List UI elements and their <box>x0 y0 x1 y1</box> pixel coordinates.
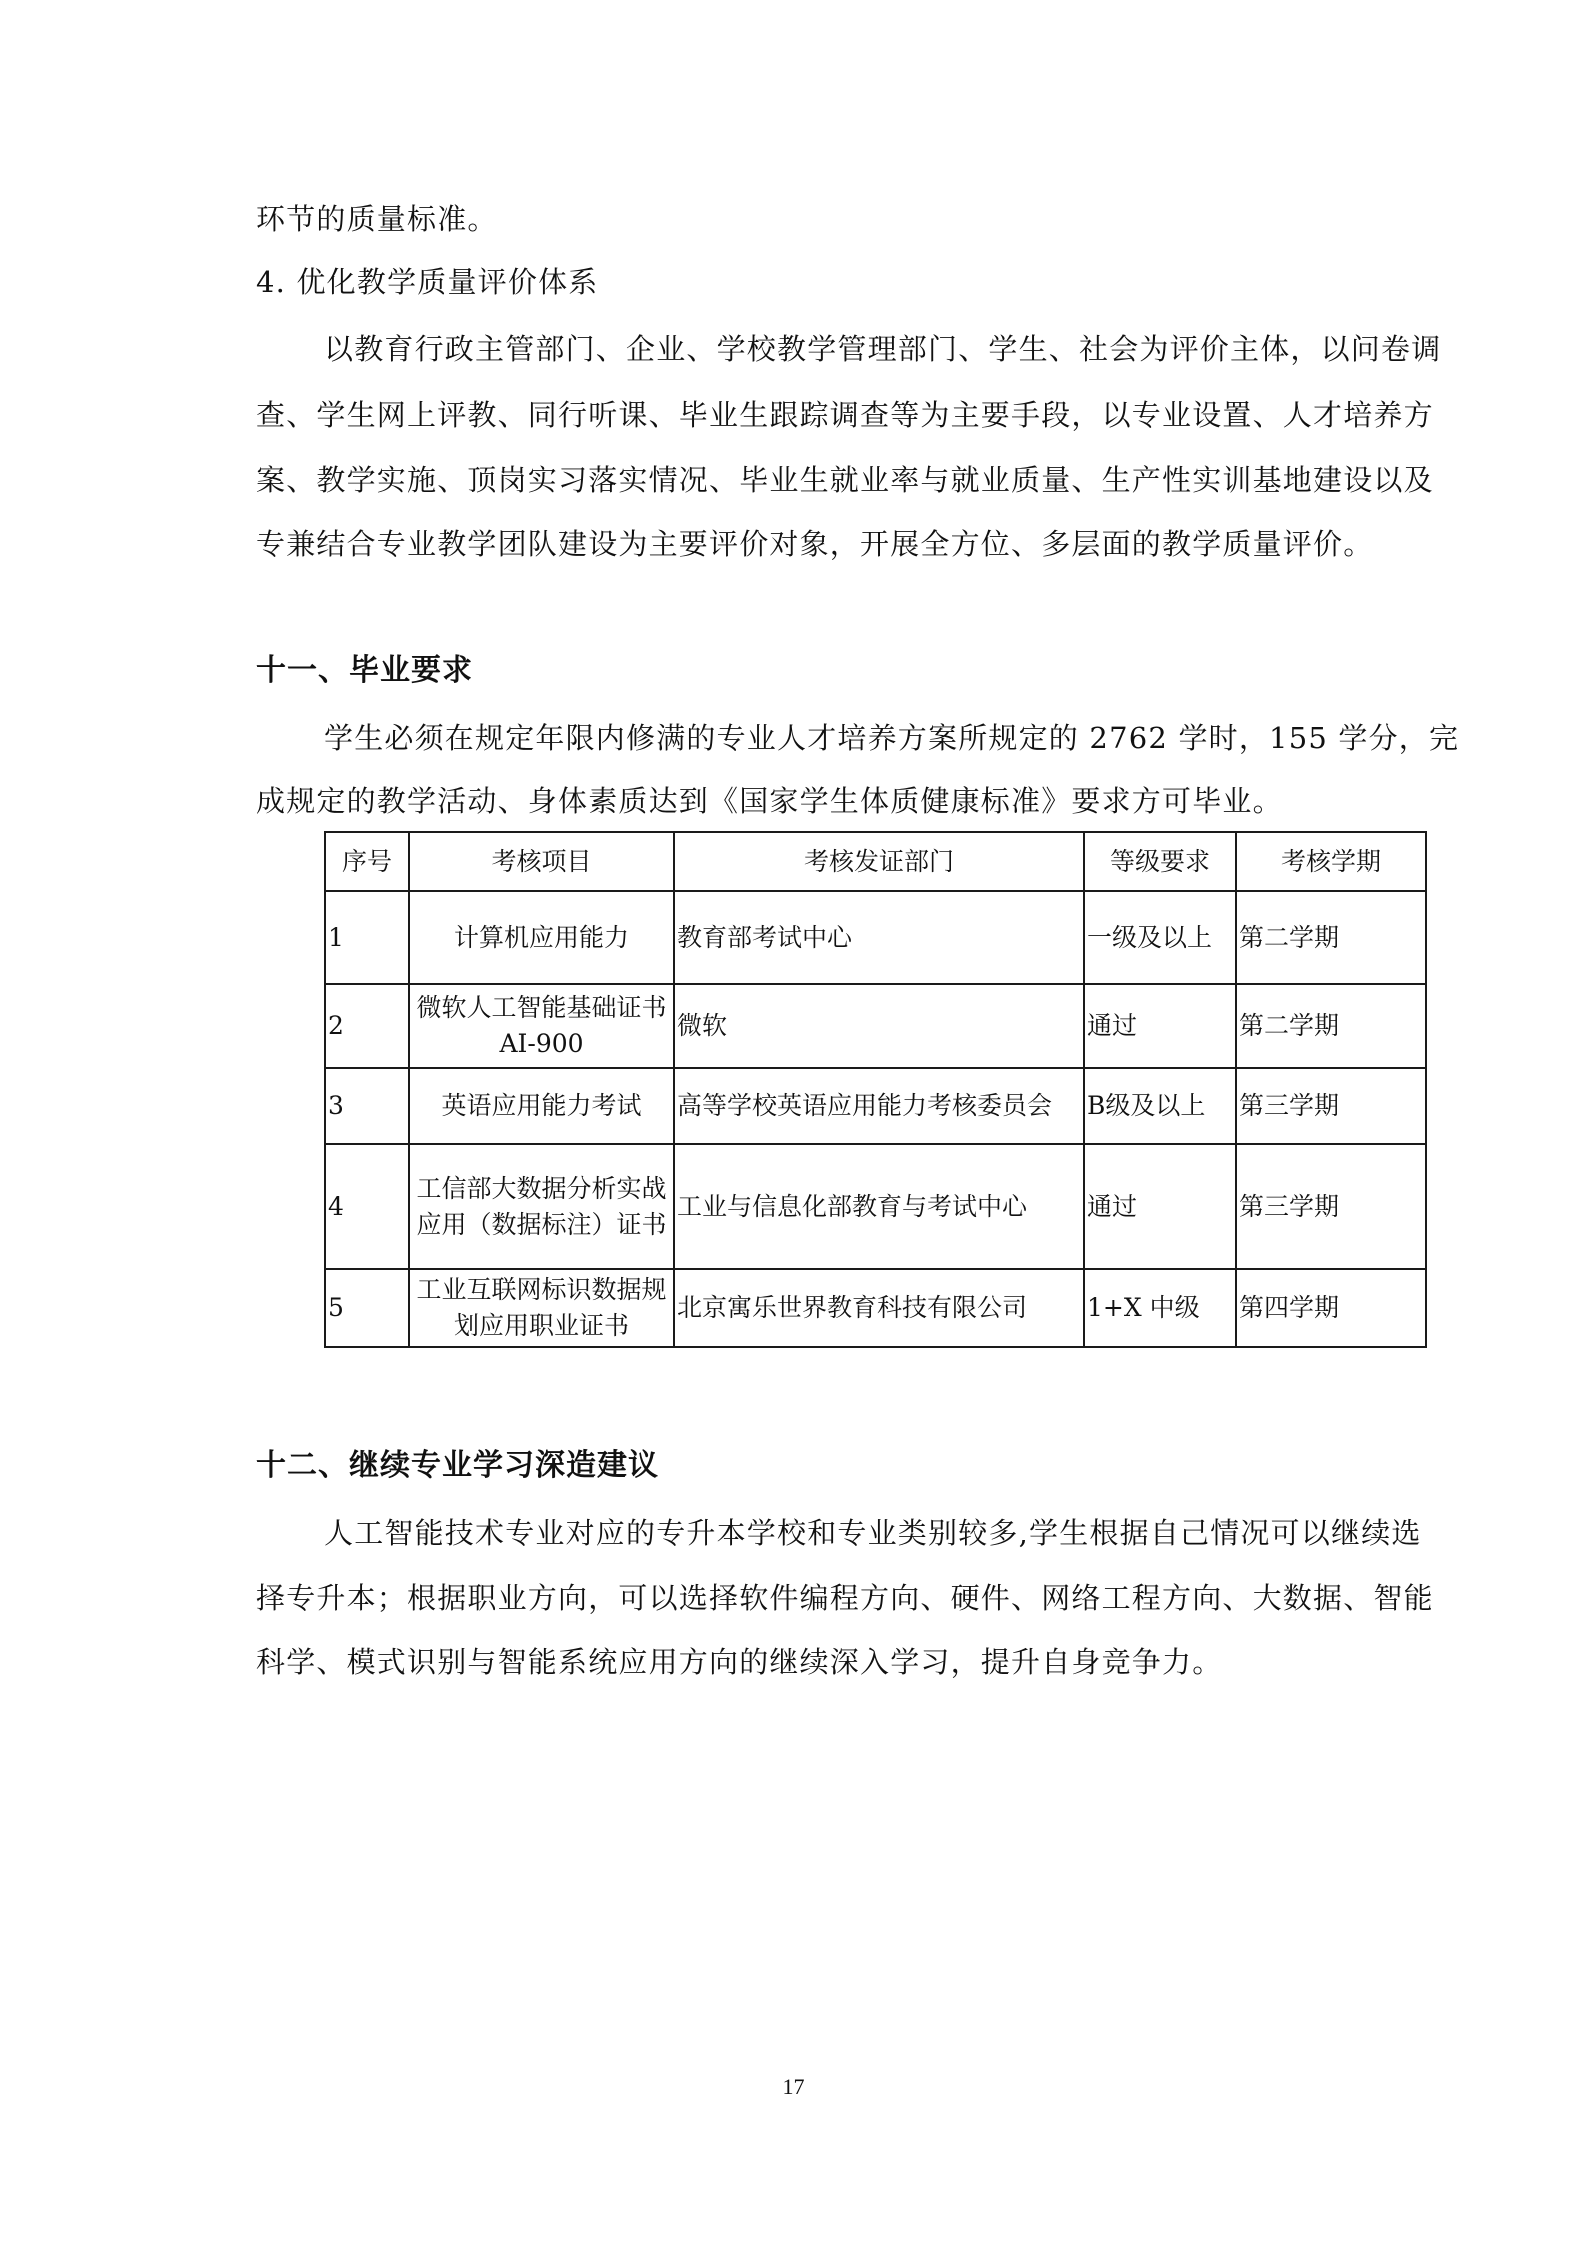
cell-dept: 微软 <box>674 984 1084 1068</box>
cell-term: 第二学期 <box>1236 891 1426 984</box>
cell-term: 第三学期 <box>1236 1144 1426 1269</box>
table-row: 2 微软人工智能基础证书AI-900 微软 通过 第二学期 <box>325 984 1426 1068</box>
table-row: 3 英语应用能力考试 高等学校英语应用能力考核委员会 B级及以上 第三学期 <box>325 1068 1426 1144</box>
paragraph-line: 以教育行政主管部门、企业、学校教学管理部门、学生、社会为评价主体，以问卷调 <box>256 329 1542 369</box>
cell-no: 1 <box>325 891 409 984</box>
continuation-text: 环节的质量标准。 <box>256 199 498 239</box>
paragraph-line: 学生必须在规定年限内修满的专业人才培养方案所规定的 2762 学时，155 学分… <box>256 718 1542 758</box>
cell-no: 2 <box>325 984 409 1068</box>
cell-level: 通过 <box>1084 1144 1236 1269</box>
cell-item: 英语应用能力考试 <box>409 1068 674 1144</box>
cell-term: 第二学期 <box>1236 984 1426 1068</box>
cell-term: 第三学期 <box>1236 1068 1426 1144</box>
header-no: 序号 <box>325 832 409 891</box>
paragraph-line: 专兼结合专业教学团队建设为主要评价对象，开展全方位、多层面的教学质量评价。 <box>256 524 1474 564</box>
cell-item: 微软人工智能基础证书AI-900 <box>409 984 674 1068</box>
header-dept: 考核发证部门 <box>674 832 1084 891</box>
subsection-4-title: 4. 优化教学质量评价体系 <box>256 262 599 302</box>
cell-item: 计算机应用能力 <box>409 891 674 984</box>
cell-dept: 教育部考试中心 <box>674 891 1084 984</box>
paragraph-line: 查、学生网上评教、同行听课、毕业生跟踪调查等为主要手段，以专业设置、人才培养方 <box>256 395 1474 435</box>
cell-level: 1+X 中级 <box>1084 1269 1236 1347</box>
cell-dept: 工业与信息化部教育与考试中心 <box>674 1144 1084 1269</box>
page-number: 17 <box>0 2074 1587 2100</box>
header-term: 考核学期 <box>1236 832 1426 891</box>
paragraph-line: 科学、模式识别与智能系统应用方向的继续深入学习，提升自身竞争力。 <box>256 1642 1474 1682</box>
section-11-heading: 十一、毕业要求 <box>256 651 473 691</box>
paragraph-line: 人工智能技术专业对应的专升本学校和专业类别较多,学生根据自己情况可以继续选 <box>256 1513 1542 1553</box>
cell-no: 4 <box>325 1144 409 1269</box>
cell-level: B级及以上 <box>1084 1068 1236 1144</box>
cell-no: 5 <box>325 1269 409 1347</box>
cell-level: 一级及以上 <box>1084 891 1236 984</box>
cell-no: 3 <box>325 1068 409 1144</box>
paragraph-line: 择专升本；根据职业方向，可以选择软件编程方向、硬件、网络工程方向、大数据、智能 <box>256 1578 1474 1618</box>
cell-item: 工业互联网标识数据规划应用职业证书 <box>409 1269 674 1347</box>
table-row: 4 工信部大数据分析实战应用（数据标注）证书 工业与信息化部教育与考试中心 通过… <box>325 1144 1426 1269</box>
table-row: 1 计算机应用能力 教育部考试中心 一级及以上 第二学期 <box>325 891 1426 984</box>
document-page: 环节的质量标准。 4. 优化教学质量评价体系 以教育行政主管部门、企业、学校教学… <box>0 0 1587 2245</box>
table-row: 5 工业互联网标识数据规划应用职业证书 北京寓乐世界教育科技有限公司 1+X 中… <box>325 1269 1426 1347</box>
header-item: 考核项目 <box>409 832 674 891</box>
paragraph-line: 成规定的教学活动、身体素质达到《国家学生体质健康标准》要求方可毕业。 <box>256 781 1474 821</box>
cell-item: 工信部大数据分析实战应用（数据标注）证书 <box>409 1144 674 1269</box>
section-12-heading: 十二、继续专业学习深造建议 <box>256 1446 659 1486</box>
table-header-row: 序号 考核项目 考核发证部门 等级要求 考核学期 <box>325 832 1426 891</box>
graduation-requirements-table: 序号 考核项目 考核发证部门 等级要求 考核学期 1 计算机应用能力 教育部考试… <box>324 831 1427 1348</box>
cell-term: 第四学期 <box>1236 1269 1426 1347</box>
header-level: 等级要求 <box>1084 832 1236 891</box>
paragraph-line: 案、教学实施、顶岗实习落实情况、毕业生就业率与就业质量、生产性实训基地建设以及 <box>256 460 1474 500</box>
cell-dept: 高等学校英语应用能力考核委员会 <box>674 1068 1084 1144</box>
cell-dept: 北京寓乐世界教育科技有限公司 <box>674 1269 1084 1347</box>
cell-level: 通过 <box>1084 984 1236 1068</box>
